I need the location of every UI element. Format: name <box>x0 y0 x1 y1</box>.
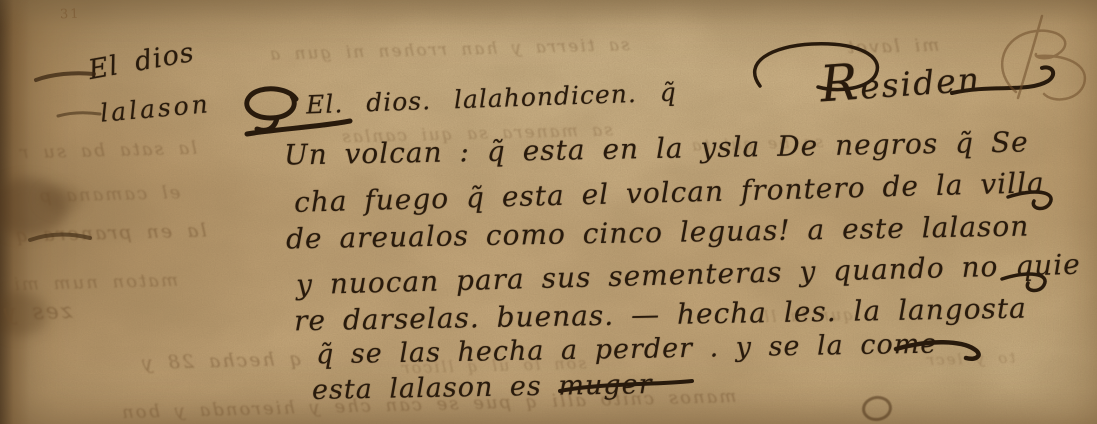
display-word-rest: esiden <box>859 59 982 106</box>
folio-number: 31 <box>60 7 81 23</box>
manuscript-scan: 31 El dios lalason sa tierra y han rrohe… <box>0 0 1097 424</box>
bleedthrough-line: la sata ba su r <box>18 138 197 164</box>
margin-note-deity-name: lalason <box>99 89 212 128</box>
bleedthrough-line: zes y <box>2 299 73 326</box>
corner-flourish <box>1002 16 1085 99</box>
ink-ring-mark <box>860 394 893 423</box>
bleedthrough-line: el camana p <box>38 182 181 207</box>
margin-dash <box>36 73 94 80</box>
top-edge-shade <box>0 0 1097 26</box>
manuscript-text-line: esta lalason es muger <box>312 369 653 406</box>
manuscript-text-line: de areualos como cinco leguas! a este la… <box>286 210 1030 256</box>
bleedthrough-line: sa tierra y han rrohen ni gun a <box>268 35 630 64</box>
margin-dash <box>58 113 100 116</box>
flourished-capital: R <box>818 53 862 114</box>
manuscript-display-word: Residen <box>818 48 982 109</box>
bleedthrough-line: la en pranera q <box>14 219 207 246</box>
bleedthrough-line: maton num mi <box>12 270 178 295</box>
margin-note-deity-label: El dios <box>86 37 197 86</box>
bleedthrough-line: to y lecr <box>925 349 1016 369</box>
bleedthrough-line: q hecha 28 y <box>140 348 302 374</box>
manuscript-text-line: El. dios. lalahondicen. q̃ <box>306 78 678 120</box>
